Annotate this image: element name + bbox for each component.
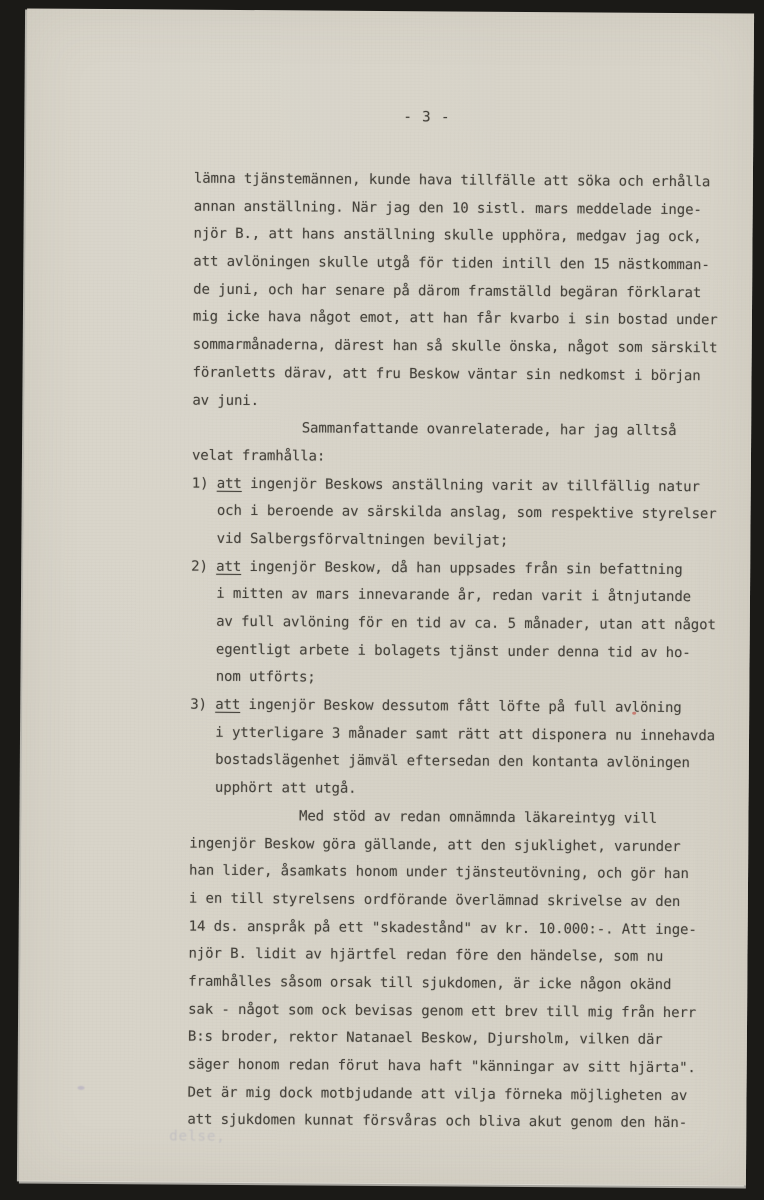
- text-line: mig icke hava något emot, att han får kv…: [193, 304, 733, 335]
- list-marker: 2): [191, 558, 216, 574]
- text-line: sak - något som ock bevisas genom ett br…: [188, 996, 728, 1027]
- text-line: i en till styrelsens ordförande överlämn…: [189, 886, 729, 917]
- list-marker: 3): [190, 697, 215, 713]
- text-line: av juni.: [192, 387, 732, 418]
- text-line: Sammanfattande ovanrelaterade, har jag a…: [192, 415, 732, 446]
- text-line: lämna tjänstemännen, kunde hava tillfäll…: [194, 166, 734, 197]
- text-line: annan anställning. När jag den 10 sistl.…: [194, 193, 734, 224]
- text-line: egentligt arbete i bolagets tjänst under…: [191, 636, 731, 667]
- text-line: att avlöningen skulle utgå för tiden int…: [193, 249, 733, 280]
- scan-background: - 3 - lämna tjänstemännen, kunde hava ti…: [0, 0, 764, 1200]
- text-line: njör B. lidit av hjärtfel redan före den…: [188, 941, 728, 972]
- text-line: i mitten av mars innevarande år, redan v…: [191, 581, 731, 612]
- text-line: upphört att utgå.: [190, 775, 730, 806]
- line-text: ingenjör Beskow, då han uppsades från si…: [241, 559, 683, 578]
- document-body: lämna tjänstemännen, kunde hava tillfäll…: [187, 166, 734, 1139]
- page-number: - 3 -: [403, 109, 450, 125]
- text-line: säger honom redan förut hava haft "känni…: [188, 1052, 728, 1083]
- text-line: av full avlöning för en tid av ca. 5 mån…: [191, 609, 731, 640]
- text-line: framhålles såsom orsak till sjukdomen, ä…: [188, 969, 728, 1000]
- list-marker: 1): [192, 475, 217, 491]
- text-line: 2) att ingenjör Beskow, då han uppsades …: [191, 553, 731, 584]
- text-line: föranletts därav, att fru Beskow väntar …: [192, 359, 732, 390]
- underlined-word: att: [217, 475, 242, 491]
- red-ink-speck: [632, 712, 636, 715]
- text-line: de juni, och har senare på därom framstä…: [193, 276, 733, 307]
- text-line: ingenjör Beskow göra gällande, att den s…: [189, 830, 729, 861]
- text-line: nom utförts;: [190, 664, 730, 695]
- text-line: Det är mig dock motbjudande att vilja fö…: [187, 1079, 727, 1110]
- underlined-word: att: [216, 558, 241, 574]
- text-line: sommarmånaderna, därest han så skulle ön…: [193, 332, 733, 363]
- text-line: njör B., att hans anställning skulle upp…: [193, 221, 733, 252]
- text-line: vid Salbergsförvaltningen beviljat;: [191, 526, 731, 557]
- text-line: och i beroende av särskilda anslag, som …: [191, 498, 731, 529]
- text-line: 14 ds. anspråk på ett "skadestånd" av kr…: [189, 913, 729, 944]
- ink-smudge: [78, 1086, 85, 1090]
- text-line: han lider, åsamkats honom under tjänsteu…: [189, 858, 729, 889]
- underlined-word: att: [215, 697, 240, 713]
- text-line: att sjukdomen kunnat försvåras och bliva…: [187, 1107, 727, 1138]
- text-line: i ytterligare 3 månader samt rätt att di…: [190, 719, 730, 750]
- text-line: Med stöd av redan omnämnda läkareintyg v…: [189, 802, 729, 833]
- text-line: B:s broder, rektor Natanael Beskow, Djur…: [188, 1024, 728, 1055]
- text-line: 1) att ingenjör Beskows anställning vari…: [192, 470, 732, 501]
- paper-page: - 3 - lämna tjänstemännen, kunde hava ti…: [19, 8, 754, 1185]
- line-text: ingenjör Beskows anställning varit av ti…: [242, 476, 700, 495]
- text-line: bostadslägenhet jämväl eftersedan den ko…: [190, 747, 730, 778]
- ghost-text: delse,: [169, 1128, 226, 1144]
- line-text: ingenjör Beskow dessutom fått löfte på f…: [240, 697, 682, 716]
- text-line: 3) att ingenjör Beskow dessutom fått löf…: [190, 692, 730, 723]
- text-line: velat framhålla:: [192, 443, 732, 474]
